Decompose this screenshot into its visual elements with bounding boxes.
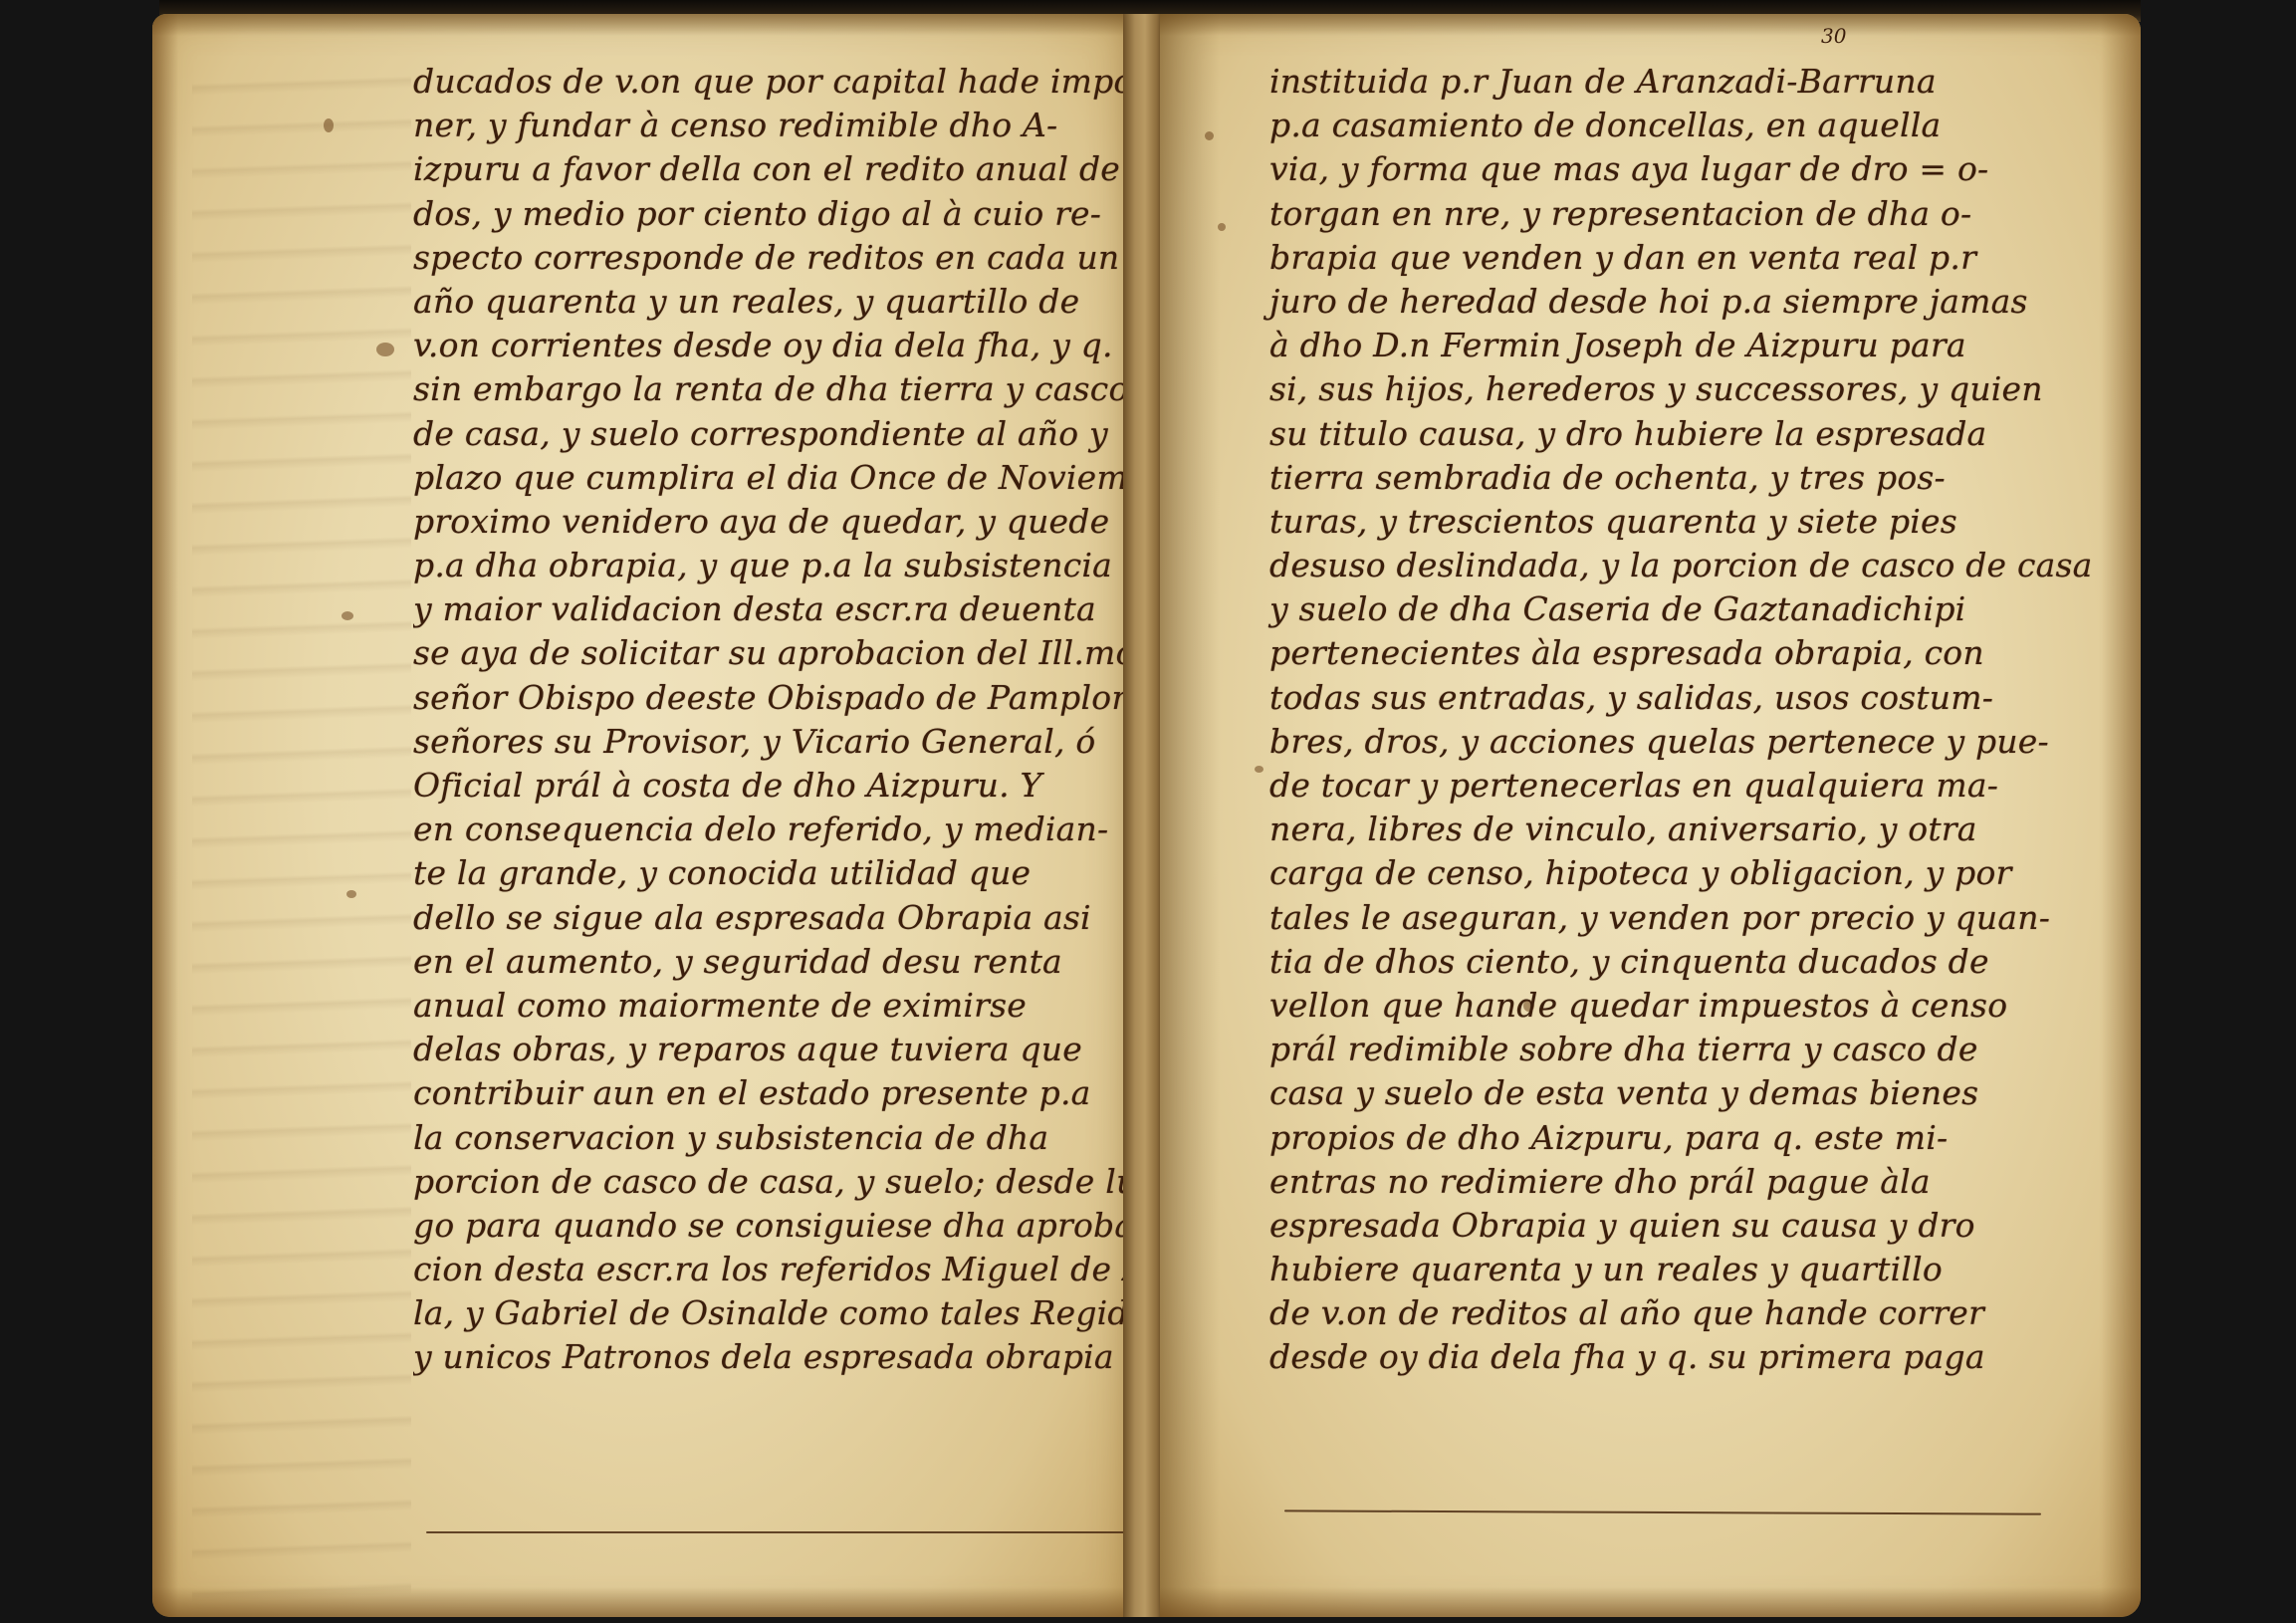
text-line: ducados de v.on que por capital hade imp…: [413, 60, 1127, 104]
page-edge-shading: [152, 14, 1127, 36]
book-gutter: [1123, 14, 1163, 1617]
text-line: entras no redimiere dho prál pague àla: [1269, 1160, 2106, 1204]
page-edge-shading: [2101, 14, 2141, 1617]
text-line: tia de dhos ciento, y cinquenta ducados …: [1269, 940, 2106, 984]
text-line: te la grande, y conocida utilidad que: [413, 851, 1127, 895]
text-line: bres, dros, y acciones quelas pertenece …: [1269, 720, 2106, 764]
text-line: vellon que hande quedar impuestos à cens…: [1269, 984, 2106, 1028]
text-line: brapia que venden y dan en venta real p.…: [1269, 236, 2106, 280]
text-line: en el aumento, y seguridad desu renta: [413, 940, 1127, 984]
ink-stain: [376, 343, 394, 356]
right-page: 30 instituida p.r Juan de Aranzadi-Barru…: [1160, 14, 2141, 1617]
text-line: dos, y medio por ciento digo al à cuio r…: [413, 192, 1127, 236]
ink-stain: [1218, 223, 1226, 231]
text-line: carga de censo, hipoteca y obligacion, y…: [1269, 851, 2106, 895]
text-line: hubiere quarenta y un reales y quartillo: [1269, 1248, 2106, 1291]
text-line: plazo que cumplira el dia Once de Noviem…: [413, 456, 1127, 500]
text-line: v.on corrientes desde oy dia dela fha, y…: [413, 324, 1127, 367]
ink-stain: [1205, 131, 1214, 140]
text-line: tales le aseguran, y venden por precio y…: [1269, 896, 2106, 940]
text-line: de tocar y pertenecerlas en qualquiera m…: [1269, 764, 2106, 808]
right-page-text: instituida p.r Juan de Aranzadi-Barruna …: [1269, 60, 2106, 1380]
text-line: ner, y fundar à censo redimible dho A-: [413, 104, 1127, 147]
ink-bleed-through: [192, 54, 411, 1607]
text-line: sin embargo la renta de dha tierra y cas…: [413, 367, 1127, 411]
text-line: torgan en nre, y representacion de dha o…: [1269, 192, 2106, 236]
text-line: su titulo causa, y dro hubiere la espres…: [1269, 412, 2106, 456]
gutter-shadow: [1160, 14, 1220, 1617]
text-line: señor Obispo deeste Obispado de Pamplona…: [413, 676, 1127, 720]
text-line: juro de heredad desde hoi p.a siempre ja…: [1269, 280, 2106, 324]
text-line: specto corresponde de reditos en cada un: [413, 236, 1127, 280]
left-page-text: ducados de v.on que por capital hade imp…: [413, 60, 1127, 1380]
text-line: instituida p.r Juan de Aranzadi-Barruna: [1269, 60, 2106, 104]
text-line: Oficial prál à costa de dho Aizpuru. Y: [413, 764, 1127, 808]
text-line: desde oy dia dela fha y q. su primera pa…: [1269, 1335, 2106, 1379]
ink-stain: [1255, 766, 1263, 773]
page-edge-shading: [152, 14, 178, 1617]
folio-number: 30: [1821, 24, 1846, 48]
ink-stain: [342, 611, 353, 620]
text-line: via, y forma que mas aya lugar de dro = …: [1269, 147, 2106, 191]
text-line: pertenecientes àla espresada obrapia, co…: [1269, 631, 2106, 675]
text-line: y unicos Patronos dela espresada obrapia: [413, 1335, 1127, 1379]
text-line: à dho D.n Fermin Joseph de Aizpuru para: [1269, 324, 2106, 367]
text-line: go para quando se consiguiese dha aproba…: [413, 1204, 1127, 1248]
text-line: delas obras, y reparos aque tuviera que: [413, 1028, 1127, 1071]
text-line: p.a dha obrapia, y que p.a la subsistenc…: [413, 544, 1127, 587]
text-line: contribuir aun en el estado presente p.a: [413, 1071, 1127, 1115]
text-line: p.a casamiento de doncellas, en aquella: [1269, 104, 2106, 147]
text-line: espresada Obrapia y quien su causa y dro: [1269, 1204, 2106, 1248]
text-line: en consequencia delo referido, y median-: [413, 808, 1127, 851]
text-line: señores su Provisor, y Vicario General, …: [413, 720, 1127, 764]
text-line: todas sus entradas, y salidas, usos cost…: [1269, 676, 2106, 720]
closing-rule: [1284, 1509, 2041, 1514]
text-line: de casa, y suelo correspondiente al año …: [413, 412, 1127, 456]
left-page: ducados de v.on que por capital hade imp…: [152, 14, 1127, 1617]
text-line: de v.on de reditos al año que hande corr…: [1269, 1291, 2106, 1335]
text-line: izpuru a favor della con el redito anual…: [413, 147, 1127, 191]
ink-stain: [346, 890, 356, 898]
text-line: desuso deslindada, y la porcion de casco…: [1269, 544, 2106, 587]
text-line: porcion de casco de casa, y suelo; desde…: [413, 1160, 1127, 1204]
page-edge-shading: [1160, 1587, 2141, 1617]
text-line: proximo venidero aya de quedar, y quede: [413, 500, 1127, 544]
text-line: tierra sembradia de ochenta, y tres pos-: [1269, 456, 2106, 500]
text-line: casa y suelo de esta venta y demas biene…: [1269, 1071, 2106, 1115]
text-line: anual como maiormente de eximirse: [413, 984, 1127, 1028]
text-line: dello se sigue ala espresada Obrapia asi: [413, 896, 1127, 940]
text-line: la conservacion y subsistencia de dha: [413, 1116, 1127, 1160]
text-line: año quarenta y un reales, y quartillo de: [413, 280, 1127, 324]
text-line: cion desta escr.ra los referidos Miguel …: [413, 1248, 1127, 1291]
text-line: nera, libres de vinculo, aniversario, y …: [1269, 808, 2106, 851]
closing-rule: [426, 1531, 1127, 1533]
manuscript-spread: ducados de v.on que por capital hade imp…: [0, 0, 2296, 1623]
text-line: turas, y trescientos quarenta y siete pi…: [1269, 500, 2106, 544]
text-line: y suelo de dha Caseria de Gaztanadichipi: [1269, 587, 2106, 631]
text-line: si, sus hijos, herederos y successores, …: [1269, 367, 2106, 411]
text-line: prál redimible sobre dha tierra y casco …: [1269, 1028, 2106, 1071]
page-edge-shading: [1160, 14, 2141, 36]
text-line: la, y Gabriel de Osinalde como tales Reg…: [413, 1291, 1127, 1335]
text-line: propios de dho Aizpuru, para q. este mi-: [1269, 1116, 2106, 1160]
text-line: y maior validacion desta escr.ra deuenta: [413, 587, 1127, 631]
text-line: se aya de solicitar su aprobacion del Il…: [413, 631, 1127, 675]
ink-stain: [324, 118, 334, 132]
